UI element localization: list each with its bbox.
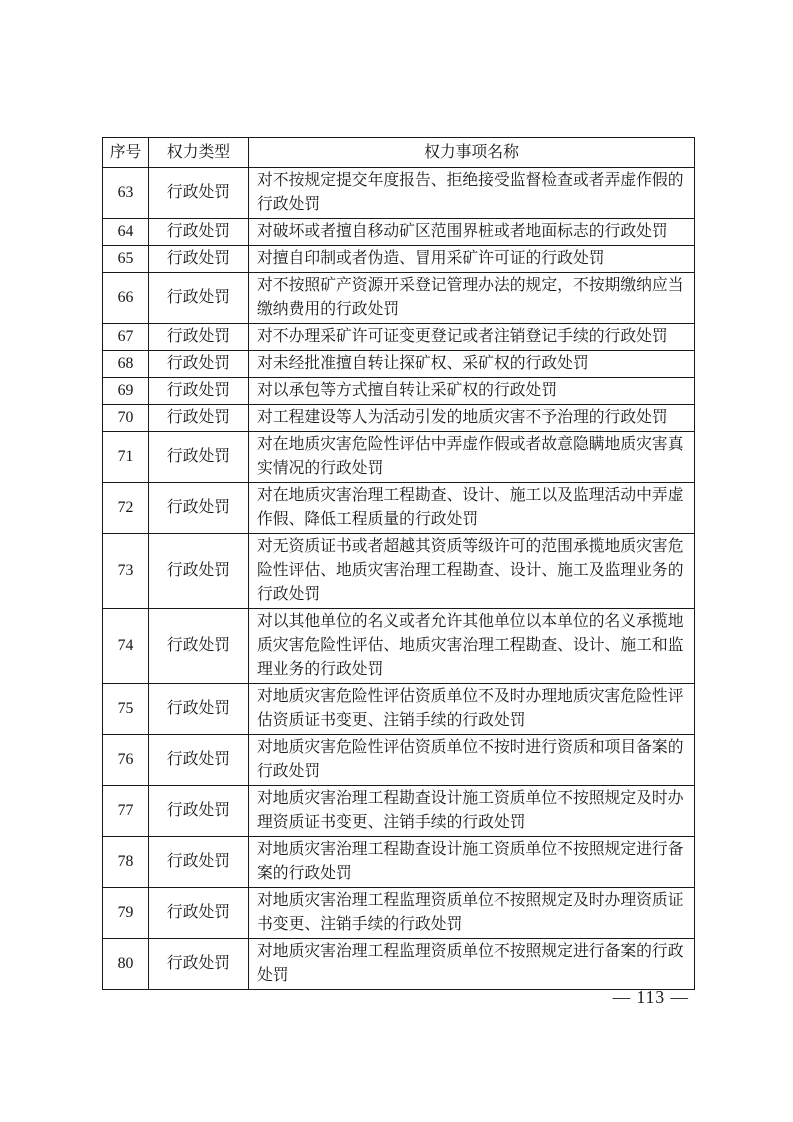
type-cell: 行政处罚 bbox=[149, 939, 249, 990]
name-cell: 对地质灾害治理工程监理资质单位不按照规定及时办理资质证书变更、注销手续的行政处罚 bbox=[249, 888, 695, 939]
serial-cell: 72 bbox=[103, 483, 149, 534]
type-cell: 行政处罚 bbox=[149, 837, 249, 888]
table-row: 76行政处罚对地质灾害危险性评估资质单位不按时进行资质和项目备案的行政处罚 bbox=[103, 735, 695, 786]
page-number: — 113 — bbox=[613, 987, 689, 1008]
type-cell: 行政处罚 bbox=[149, 684, 249, 735]
serial-cell: 76 bbox=[103, 735, 149, 786]
type-cell: 行政处罚 bbox=[149, 483, 249, 534]
type-cell: 行政处罚 bbox=[149, 609, 249, 684]
column-header-serial: 序号 bbox=[103, 138, 149, 168]
table-row: 71行政处罚对在地质灾害危险性评估中弄虚作假或者故意隐瞒地质灾害真实情况的行政处… bbox=[103, 432, 695, 483]
type-cell: 行政处罚 bbox=[149, 534, 249, 609]
table-row: 77行政处罚对地质灾害治理工程勘查设计施工资质单位不按照规定及时办理资质证书变更… bbox=[103, 786, 695, 837]
name-cell: 对在地质灾害危险性评估中弄虚作假或者故意隐瞒地质灾害真实情况的行政处罚 bbox=[249, 432, 695, 483]
type-cell: 行政处罚 bbox=[149, 735, 249, 786]
type-cell: 行政处罚 bbox=[149, 324, 249, 351]
type-cell: 行政处罚 bbox=[149, 168, 249, 219]
name-cell: 对在地质灾害治理工程勘查、设计、施工以及监理活动中弄虚作假、降低工程质量的行政处… bbox=[249, 483, 695, 534]
serial-cell: 70 bbox=[103, 405, 149, 432]
table-row: 73行政处罚对无资质证书或者超越其资质等级许可的范围承揽地质灾害危险性评估、地质… bbox=[103, 534, 695, 609]
serial-cell: 73 bbox=[103, 534, 149, 609]
table-row: 74行政处罚对以其他单位的名义或者允许其他单位以本单位的名义承揽地质灾害危险性评… bbox=[103, 609, 695, 684]
type-cell: 行政处罚 bbox=[149, 786, 249, 837]
type-cell: 行政处罚 bbox=[149, 273, 249, 324]
column-header-type: 权力类型 bbox=[149, 138, 249, 168]
type-cell: 行政处罚 bbox=[149, 351, 249, 378]
table-row: 80行政处罚对地质灾害治理工程监理资质单位不按照规定进行备案的行政处罚 bbox=[103, 939, 695, 990]
column-header-name: 权力事项名称 bbox=[249, 138, 695, 168]
serial-cell: 68 bbox=[103, 351, 149, 378]
serial-cell: 71 bbox=[103, 432, 149, 483]
type-cell: 行政处罚 bbox=[149, 405, 249, 432]
type-cell: 行政处罚 bbox=[149, 219, 249, 246]
serial-cell: 79 bbox=[103, 888, 149, 939]
name-cell: 对不按照矿产资源开采登记管理办法的规定，不按期缴纳应当缴纳费用的行政处罚 bbox=[249, 273, 695, 324]
serial-cell: 78 bbox=[103, 837, 149, 888]
name-cell: 对不按规定提交年度报告、拒绝接受监督检查或者弄虚作假的行政处罚 bbox=[249, 168, 695, 219]
table-header-row: 序号 权力类型 权力事项名称 bbox=[103, 138, 695, 168]
type-cell: 行政处罚 bbox=[149, 888, 249, 939]
serial-cell: 74 bbox=[103, 609, 149, 684]
table-row: 65行政处罚对擅自印制或者伪造、冒用采矿许可证的行政处罚 bbox=[103, 246, 695, 273]
document-page: 序号 权力类型 权力事项名称 63行政处罚对不按规定提交年度报告、拒绝接受监督检… bbox=[0, 0, 793, 1122]
table-row: 64行政处罚对破坏或者擅自移动矿区范围界桩或者地面标志的行政处罚 bbox=[103, 219, 695, 246]
table-row: 69行政处罚对以承包等方式擅自转让采矿权的行政处罚 bbox=[103, 378, 695, 405]
name-cell: 对地质灾害治理工程勘查设计施工资质单位不按照规定及时办理资质证书变更、注销手续的… bbox=[249, 786, 695, 837]
type-cell: 行政处罚 bbox=[149, 378, 249, 405]
table-body: 63行政处罚对不按规定提交年度报告、拒绝接受监督检查或者弄虚作假的行政处罚64行… bbox=[103, 168, 695, 990]
name-cell: 对不办理采矿许可证变更登记或者注销登记手续的行政处罚 bbox=[249, 324, 695, 351]
type-cell: 行政处罚 bbox=[149, 432, 249, 483]
table-row: 79行政处罚对地质灾害治理工程监理资质单位不按照规定及时办理资质证书变更、注销手… bbox=[103, 888, 695, 939]
name-cell: 对地质灾害危险性评估资质单位不及时办理地质灾害危险性评估资质证书变更、注销手续的… bbox=[249, 684, 695, 735]
name-cell: 对工程建设等人为活动引发的地质灾害不予治理的行政处罚 bbox=[249, 405, 695, 432]
serial-cell: 77 bbox=[103, 786, 149, 837]
type-cell: 行政处罚 bbox=[149, 246, 249, 273]
name-cell: 对地质灾害危险性评估资质单位不按时进行资质和项目备案的行政处罚 bbox=[249, 735, 695, 786]
serial-cell: 75 bbox=[103, 684, 149, 735]
table-row: 68行政处罚对未经批准擅自转让探矿权、采矿权的行政处罚 bbox=[103, 351, 695, 378]
table-row: 66行政处罚对不按照矿产资源开采登记管理办法的规定，不按期缴纳应当缴纳费用的行政… bbox=[103, 273, 695, 324]
table-row: 78行政处罚对地质灾害治理工程勘查设计施工资质单位不按照规定进行备案的行政处罚 bbox=[103, 837, 695, 888]
name-cell: 对擅自印制或者伪造、冒用采矿许可证的行政处罚 bbox=[249, 246, 695, 273]
serial-cell: 67 bbox=[103, 324, 149, 351]
table-row: 63行政处罚对不按规定提交年度报告、拒绝接受监督检查或者弄虚作假的行政处罚 bbox=[103, 168, 695, 219]
serial-cell: 66 bbox=[103, 273, 149, 324]
name-cell: 对地质灾害治理工程勘查设计施工资质单位不按照规定进行备案的行政处罚 bbox=[249, 837, 695, 888]
serial-cell: 63 bbox=[103, 168, 149, 219]
rights-table: 序号 权力类型 权力事项名称 63行政处罚对不按规定提交年度报告、拒绝接受监督检… bbox=[102, 137, 695, 990]
serial-cell: 80 bbox=[103, 939, 149, 990]
table-row: 75行政处罚对地质灾害危险性评估资质单位不及时办理地质灾害危险性评估资质证书变更… bbox=[103, 684, 695, 735]
serial-cell: 64 bbox=[103, 219, 149, 246]
table-row: 70行政处罚对工程建设等人为活动引发的地质灾害不予治理的行政处罚 bbox=[103, 405, 695, 432]
name-cell: 对地质灾害治理工程监理资质单位不按照规定进行备案的行政处罚 bbox=[249, 939, 695, 990]
name-cell: 对以其他单位的名义或者允许其他单位以本单位的名义承揽地质灾害危险性评估、地质灾害… bbox=[249, 609, 695, 684]
table-row: 67行政处罚对不办理采矿许可证变更登记或者注销登记手续的行政处罚 bbox=[103, 324, 695, 351]
serial-cell: 69 bbox=[103, 378, 149, 405]
name-cell: 对破坏或者擅自移动矿区范围界桩或者地面标志的行政处罚 bbox=[249, 219, 695, 246]
serial-cell: 65 bbox=[103, 246, 149, 273]
name-cell: 对以承包等方式擅自转让采矿权的行政处罚 bbox=[249, 378, 695, 405]
name-cell: 对未经批准擅自转让探矿权、采矿权的行政处罚 bbox=[249, 351, 695, 378]
name-cell: 对无资质证书或者超越其资质等级许可的范围承揽地质灾害危险性评估、地质灾害治理工程… bbox=[249, 534, 695, 609]
table-row: 72行政处罚对在地质灾害治理工程勘查、设计、施工以及监理活动中弄虚作假、降低工程… bbox=[103, 483, 695, 534]
